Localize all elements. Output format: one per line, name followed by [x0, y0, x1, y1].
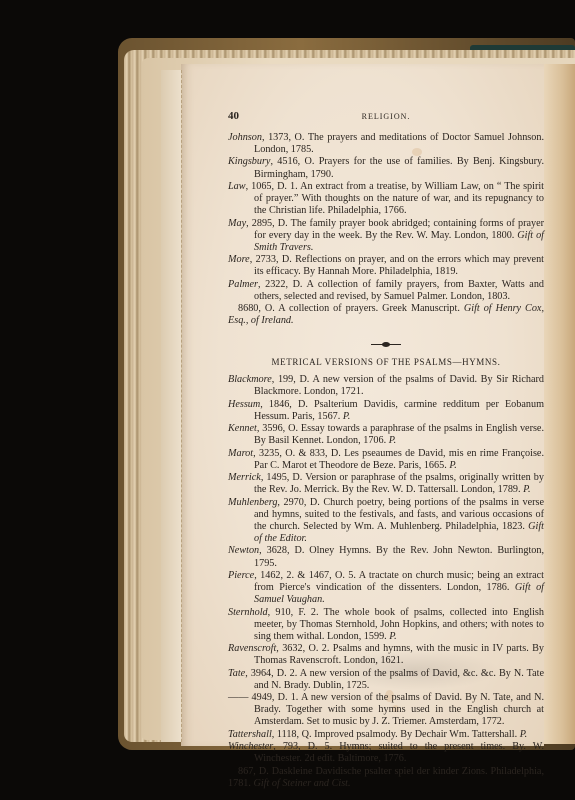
running-head: 40 RELIGION. [228, 110, 544, 132]
catalog-entry: Ravenscroft, 3632, O. 2. Psalms and hymn… [228, 643, 544, 667]
catalog-entry: —— 4949, D. 1. A new version of the psal… [228, 692, 544, 728]
catalog-entry: Hessum, 1846, D. Psalterium Davidis, car… [228, 399, 544, 423]
catalog-entry: May, 2895, D. The family prayer book abr… [228, 218, 544, 254]
catalog-entry: Kennet, 3596, O. Essay towards a paraphr… [228, 423, 544, 447]
catalog-entry: Newton, 3628, D. Olney Hymns. By the Rev… [228, 545, 544, 569]
catalog-entry: Sternhold, 910, F. 2. The whole book of … [228, 607, 544, 643]
catalog-entry: Johnson, 1373, O. The prayers and medita… [228, 132, 544, 156]
catalog-entry: Blackmore, 199, D. A new version of the … [228, 374, 544, 398]
catalog-entry: 867, D. Daskleine Davidische psalter spi… [228, 766, 544, 790]
catalog-entry: Winchester, 793, D. 5. Hymns; suited to … [228, 741, 544, 765]
catalog-entry: Merrick, 1495, D. Version or paraphrase … [228, 472, 544, 496]
catalog-entry: Law, 1065, D. 1. An extract from a treat… [228, 181, 544, 217]
running-head-title: RELIGION. [228, 111, 544, 123]
page-gutter-deckle [161, 70, 182, 742]
catalog-entry: 8680, O. A collection of prayers. Greek … [228, 303, 544, 327]
ornament-divider [371, 341, 401, 347]
page-edge-right [544, 64, 575, 744]
catalog-entry: Kingsbury, 4516, O. Prayers for the use … [228, 156, 544, 180]
catalog-entry: Tattershall, 1118, Q. Improved psalmody.… [228, 729, 544, 741]
catalog-entry: More, 2733, D. Reflections on prayer, an… [228, 254, 544, 278]
section-title: METRICAL VERSIONS OF THE PSALMS—HYMNS. [228, 356, 544, 368]
catalog-entry: Pierce, 1462, 2. & 1467, O. 5. A tractat… [228, 570, 544, 606]
catalog-entry: Tate, 3964, D. 2. A new version of the p… [228, 668, 544, 692]
section-prayers: Johnson, 1373, O. The prayers and medita… [228, 132, 544, 327]
catalog-entry: Muhlenberg, 2970, D. Church poetry, bein… [228, 497, 544, 545]
catalog-entry: Palmer, 2322, D. A collection of family … [228, 279, 544, 303]
page-text: 40 RELIGION. Johnson, 1373, O. The praye… [228, 110, 544, 790]
catalog-entry: Marot, 3235, O. & 833, D. Les pseaumes d… [228, 448, 544, 472]
section-metrical-psalms: METRICAL VERSIONS OF THE PSALMS—HYMNS. B… [228, 356, 544, 789]
